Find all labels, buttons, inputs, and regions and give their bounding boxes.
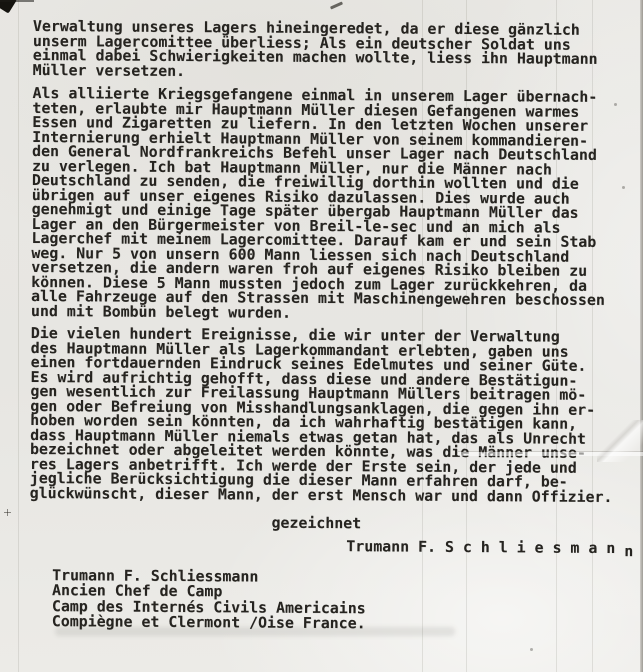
scan-artifact-speck — [614, 103, 617, 106]
typed-signature-tail: n — [624, 544, 633, 559]
scan-artifact-smudge — [55, 627, 455, 636]
typed-signature-main: Trumann F. S c h l i e s m a n — [346, 537, 615, 557]
scan-artifact-top-edge — [0, 0, 34, 2]
paragraph-1: Verwaltung unseres Lagers hineingeredet,… — [33, 19, 598, 81]
scan-artifact-speck — [622, 186, 625, 189]
scan-artifact-cross-mark — [4, 509, 11, 516]
closing-word: gezeichnet — [271, 516, 361, 531]
paragraph-3: Die vielen hundert Ereignisse, die wir u… — [30, 326, 614, 504]
typed-signature: Trumann F. S c h l i e s m a n n — [346, 539, 633, 556]
sender-address-block: Trumann F. Schliessmann Ancien Chef de C… — [52, 568, 366, 631]
paragraph-2: Als alliierte Kriegsgefangene einmal in … — [31, 86, 606, 322]
typewritten-letter: Verwaltung unseres Lagers hineingeredet,… — [0, 0, 643, 672]
scan-artifact-fold-corner — [597, 420, 643, 462]
scan-artifact-speck — [530, 648, 533, 651]
